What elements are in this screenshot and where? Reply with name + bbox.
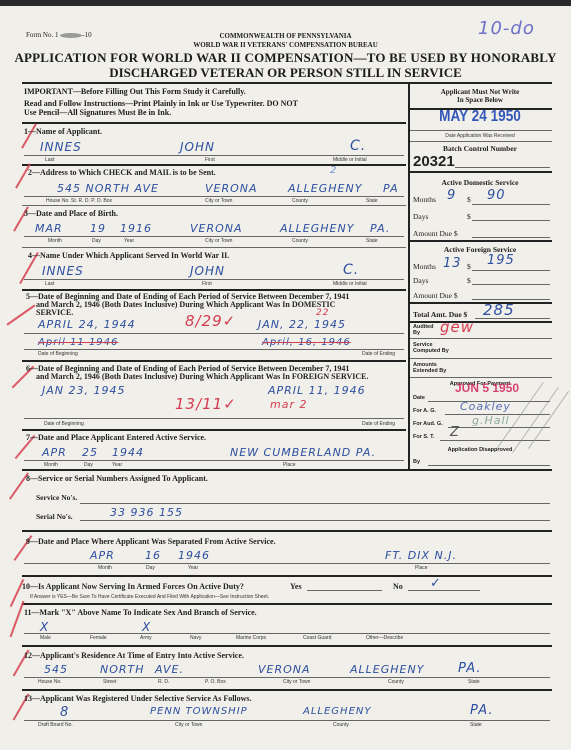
- aud-label: For Aud. G.: [413, 421, 443, 427]
- aud-signature: g.Hall: [472, 414, 510, 427]
- caption: County: [292, 198, 308, 204]
- divider: [22, 164, 406, 166]
- caption: Date of Beginning: [38, 351, 78, 357]
- field-line: [455, 167, 550, 168]
- instruction-line2: Read and Follow Instructions—Print Plain…: [24, 99, 298, 108]
- divider: [410, 141, 552, 142]
- q10-yes-field[interactable]: [307, 590, 382, 591]
- q6-end-note: mar 2: [270, 398, 307, 411]
- q5-struck-begin: April 11 1946: [38, 337, 118, 348]
- q7-label: 7—Date and Place Applicant Entered Activ…: [26, 433, 206, 442]
- q7-month: APR: [42, 446, 67, 459]
- q10-no-label: No: [393, 582, 403, 591]
- q13-county: ALLEGHENY: [303, 706, 371, 717]
- caption: State: [366, 198, 378, 204]
- q12-state: PA.: [458, 661, 481, 676]
- q12-city: VERONA: [258, 663, 311, 676]
- instruction-line3: Use Pencil—All Signatures Must Be in Ink…: [24, 108, 171, 117]
- caption: Street: [103, 679, 116, 685]
- field-line: [24, 196, 404, 197]
- caption: Year: [188, 565, 198, 571]
- field-line: [472, 204, 550, 205]
- caption: Last: [45, 281, 54, 287]
- option-male[interactable]: Male: [40, 635, 51, 641]
- q9-year: 1946: [178, 549, 210, 562]
- q1-middle: C.: [350, 138, 366, 154]
- audited-label: Audited By: [413, 324, 435, 336]
- batch-label: Batch Control Number: [410, 144, 550, 153]
- service-numbers-label: Service No's.: [36, 493, 77, 502]
- option-army[interactable]: Army: [140, 635, 152, 641]
- q4-first: JOHN: [190, 264, 225, 278]
- dollar-sign: $: [467, 276, 471, 285]
- caption: City or Town: [205, 238, 232, 244]
- field-line: [24, 279, 404, 280]
- q6-begin-date: JAN 23, 1945: [42, 384, 125, 397]
- q5-end-date: JAN, 22, 1945: [258, 318, 346, 331]
- q9-label: 9—Date and Place Where Applicant Was Sep…: [26, 537, 276, 546]
- received-date-stamp: MAY 24 1950: [421, 108, 540, 126]
- q5-label-line3: SERVICE.: [36, 308, 73, 317]
- divider: [410, 338, 552, 339]
- divider: [22, 429, 406, 431]
- field-line: [428, 465, 550, 466]
- foreign-months-amount: 195: [487, 253, 515, 268]
- caption: Day: [84, 462, 93, 468]
- office-heading-line2: In Space Below: [410, 96, 550, 104]
- q2-state: PA: [383, 182, 399, 195]
- divider: [22, 205, 406, 206]
- field-line: [475, 318, 550, 319]
- batch-number: 20321: [413, 153, 455, 170]
- field-line: [24, 460, 404, 461]
- instruction-line1: IMPORTANT—Before Filling Out This Form S…: [24, 87, 246, 96]
- approved-date-stamp: JUN 5 1950: [455, 381, 519, 395]
- foreign-months: 13: [443, 256, 462, 271]
- divider: [410, 171, 552, 173]
- q6-label-line2: and March 2, 1946 (Both Dates Inclusive)…: [36, 372, 368, 381]
- caption: Year: [112, 462, 122, 468]
- divider: [22, 603, 552, 605]
- q4-middle: C.: [343, 262, 359, 278]
- field-line: [24, 563, 550, 564]
- header-bureau: WORLD WAR II VETERANS' COMPENSATION BURE…: [0, 41, 571, 49]
- q5-months-note: 8/29✓: [185, 312, 236, 330]
- total-amount: 285: [483, 301, 515, 319]
- computed-label: Service Computed By: [413, 342, 453, 354]
- disapproved-by-label: By: [413, 459, 420, 465]
- caption: First: [202, 281, 212, 287]
- domestic-days-label: Days: [413, 212, 428, 221]
- foreign-months-label: Months: [413, 262, 436, 271]
- caption: County: [292, 238, 308, 244]
- dollar-sign: $: [467, 262, 471, 271]
- q1-label: 1—Name of Applicant.: [24, 127, 102, 136]
- field-line: [24, 633, 550, 634]
- serial-numbers-label: Serial No's.: [36, 512, 73, 521]
- caption: Month: [98, 565, 112, 571]
- caption: Place: [415, 565, 428, 571]
- dollar-sign: $: [467, 212, 471, 221]
- q7-day: 25: [82, 446, 98, 459]
- caption: Last: [45, 157, 54, 163]
- q12-label: 12—Applicant's Residence At Time of Entr…: [24, 651, 244, 660]
- q12-county: ALLEGHENY: [350, 663, 424, 676]
- q6-months-note: 13/11✓: [175, 395, 237, 413]
- caption: House No. St. R. D. P. O. Box: [46, 198, 112, 204]
- field-line: [24, 418, 404, 419]
- field-line: [24, 155, 404, 156]
- form-title-line1: APPLICATION FOR WORLD WAR II COMPENSATIO…: [0, 50, 571, 66]
- q3-month: MAR: [35, 222, 63, 235]
- foreign-heading: Active Foreign Service: [410, 245, 550, 254]
- approval-date-label: Date: [413, 395, 425, 401]
- domestic-months-amount: 90: [487, 188, 506, 203]
- divider: [22, 575, 552, 577]
- q12-street: NORTH: [100, 663, 145, 676]
- office-heading-line1: Applicant Must Not Write: [410, 88, 550, 96]
- q10-no-check: ✓: [430, 576, 442, 591]
- divider: [22, 360, 406, 362]
- q3-county: ALLEGHENY: [280, 222, 354, 235]
- field-line: [410, 130, 552, 131]
- caption: Date Application Was Received: [410, 133, 550, 139]
- q5-end-correction: 22: [316, 308, 329, 318]
- q11-mark-army: X: [142, 620, 151, 634]
- q10-label: 10—Is Applicant Now Serving In Armed For…: [22, 582, 244, 591]
- q2-county: ALLEGHENY: [288, 182, 362, 195]
- divider: [22, 469, 552, 471]
- q13-state: PA.: [470, 703, 493, 718]
- domestic-amount-label: Amount Due $: [413, 229, 458, 238]
- caption: Day: [146, 565, 155, 571]
- domestic-months: 9: [447, 188, 456, 203]
- q10-note: If Answer is YES—Be Sure To Have Certifi…: [30, 594, 269, 600]
- q3-year: 1916: [120, 222, 152, 235]
- divider: [22, 247, 406, 248]
- field-line: [472, 237, 550, 238]
- q3-city: VERONA: [190, 222, 243, 235]
- q7-year: 1944: [112, 446, 144, 459]
- q9-day: 16: [145, 549, 161, 562]
- caption: Date of Ending: [362, 421, 395, 427]
- extended-label: Amounts Extended By: [413, 362, 453, 374]
- st-signature: Z: [450, 425, 460, 440]
- scan-border: [0, 0, 571, 6]
- divider: [410, 302, 552, 304]
- option-female[interactable]: Female: [90, 635, 107, 641]
- q3-state: PA.: [370, 222, 390, 235]
- q2-note: 2: [330, 165, 337, 176]
- q12-rd: AVE.: [155, 663, 184, 676]
- pencil-stroke: [512, 387, 559, 453]
- q10-no-field[interactable]: [408, 590, 480, 591]
- caption: P. O. Box: [205, 679, 226, 685]
- option-navy[interactable]: Navy: [190, 635, 201, 641]
- caption: Middle or Initial: [333, 157, 367, 163]
- divider: [22, 289, 406, 291]
- field-line: [24, 349, 404, 350]
- ag-signature: Coakley: [460, 400, 511, 413]
- divider: [22, 645, 552, 647]
- q3-label: 3—Date and Place of Birth.: [24, 209, 118, 218]
- q9-place: FT. DIX N.J.: [385, 549, 457, 562]
- q2-city: VERONA: [205, 182, 258, 195]
- field-line: [24, 677, 550, 678]
- q7-place: NEW CUMBERLAND PA.: [230, 446, 376, 459]
- caption: County: [388, 679, 404, 685]
- caption: Year: [124, 238, 134, 244]
- st-label: For S. T.: [413, 434, 434, 440]
- q5-begin-date: APRIL 24, 1944: [38, 318, 136, 331]
- foreign-days-label: Days: [413, 276, 428, 285]
- option-coast-guard[interactable]: Coast Guard: [303, 635, 331, 641]
- form-title-line2: DISCHARGED VETERAN OR PERSON STILL IN SE…: [0, 65, 571, 81]
- divider: [410, 240, 552, 242]
- q13-city: PENN TOWNSHIP: [150, 706, 248, 717]
- ag-label: For A. G.: [413, 408, 436, 414]
- option-marine-corps[interactable]: Marine Corps: [236, 635, 266, 641]
- q4-last: INNES: [42, 264, 84, 278]
- divider: [410, 377, 552, 378]
- option-other[interactable]: Other—Describe: [366, 635, 403, 641]
- divider: [410, 358, 552, 359]
- domestic-months-label: Months: [413, 195, 436, 204]
- field-line: [472, 284, 550, 285]
- check-mark-icon: [7, 304, 36, 325]
- caption: First: [205, 157, 215, 163]
- caption: House No.: [38, 679, 62, 685]
- serial-numbers-value: 33 936 155: [110, 506, 183, 519]
- caption: Date of Beginning: [44, 421, 84, 427]
- q2-label: 2—Address to Which CHECK and MAIL is to …: [28, 168, 216, 177]
- field-line: [472, 270, 550, 271]
- caption: City or Town: [175, 722, 202, 728]
- divider: [410, 321, 552, 323]
- caption: County: [333, 722, 349, 728]
- field-line: [80, 503, 550, 504]
- q2-street: 545 NORTH AVE: [57, 182, 159, 195]
- caption: Day: [92, 238, 101, 244]
- q13-board: 8: [60, 705, 69, 720]
- caption: Month: [48, 238, 62, 244]
- caption: City or Town: [283, 679, 310, 685]
- q1-first: JOHN: [180, 140, 215, 154]
- caption: R. D.: [158, 679, 169, 685]
- field-line: [24, 720, 550, 721]
- field-line: [24, 236, 404, 237]
- q3-day: 19: [90, 222, 106, 235]
- caption: Place: [283, 462, 296, 468]
- q4-label: 4—Name Under Which Applicant Served In W…: [28, 251, 229, 260]
- foreign-amount-label: Amount Due $: [413, 291, 458, 300]
- q11-mark-male: X: [40, 620, 49, 634]
- q5-struck-end: April, 16, 1946: [262, 337, 351, 348]
- divider: [22, 122, 406, 124]
- q5-label-line2: and March 2, 1946 (Both Dates Inclusive)…: [36, 300, 335, 309]
- divider: [22, 82, 552, 84]
- field-line: [24, 333, 404, 334]
- corner-annotation: 10-do: [478, 18, 535, 39]
- field-line: [472, 299, 550, 300]
- q11-label: 11—Mark "X" Above Name To Indicate Sex A…: [24, 608, 257, 617]
- divider: [22, 530, 552, 532]
- q8-label: 8—Service or Serial Numbers Assigned To …: [26, 474, 208, 483]
- divider: [22, 689, 552, 691]
- field-line: [472, 220, 550, 221]
- caption: Month: [44, 462, 58, 468]
- dollar-sign: $: [467, 195, 471, 204]
- q12-house: 545: [44, 663, 68, 676]
- q10-yes-label: Yes: [290, 582, 302, 591]
- q9-month: APR: [90, 549, 115, 562]
- domestic-heading: Active Domestic Service: [410, 178, 550, 187]
- caption: Date of Ending: [362, 351, 395, 357]
- q13-label: 13—Applicant Was Registered Under Select…: [24, 694, 252, 703]
- caption: City or Town: [205, 198, 232, 204]
- audited-initials: gew: [440, 318, 474, 336]
- q6-end-date: APRIL 11, 1946: [268, 384, 366, 397]
- q1-last: INNES: [40, 140, 82, 154]
- field-line: [448, 427, 550, 428]
- caption: Draft Board No.: [38, 722, 73, 728]
- caption: State: [468, 679, 480, 685]
- field-line: [80, 520, 550, 521]
- caption: State: [470, 722, 482, 728]
- caption: State: [366, 238, 378, 244]
- caption: Middle or Initial: [333, 281, 367, 287]
